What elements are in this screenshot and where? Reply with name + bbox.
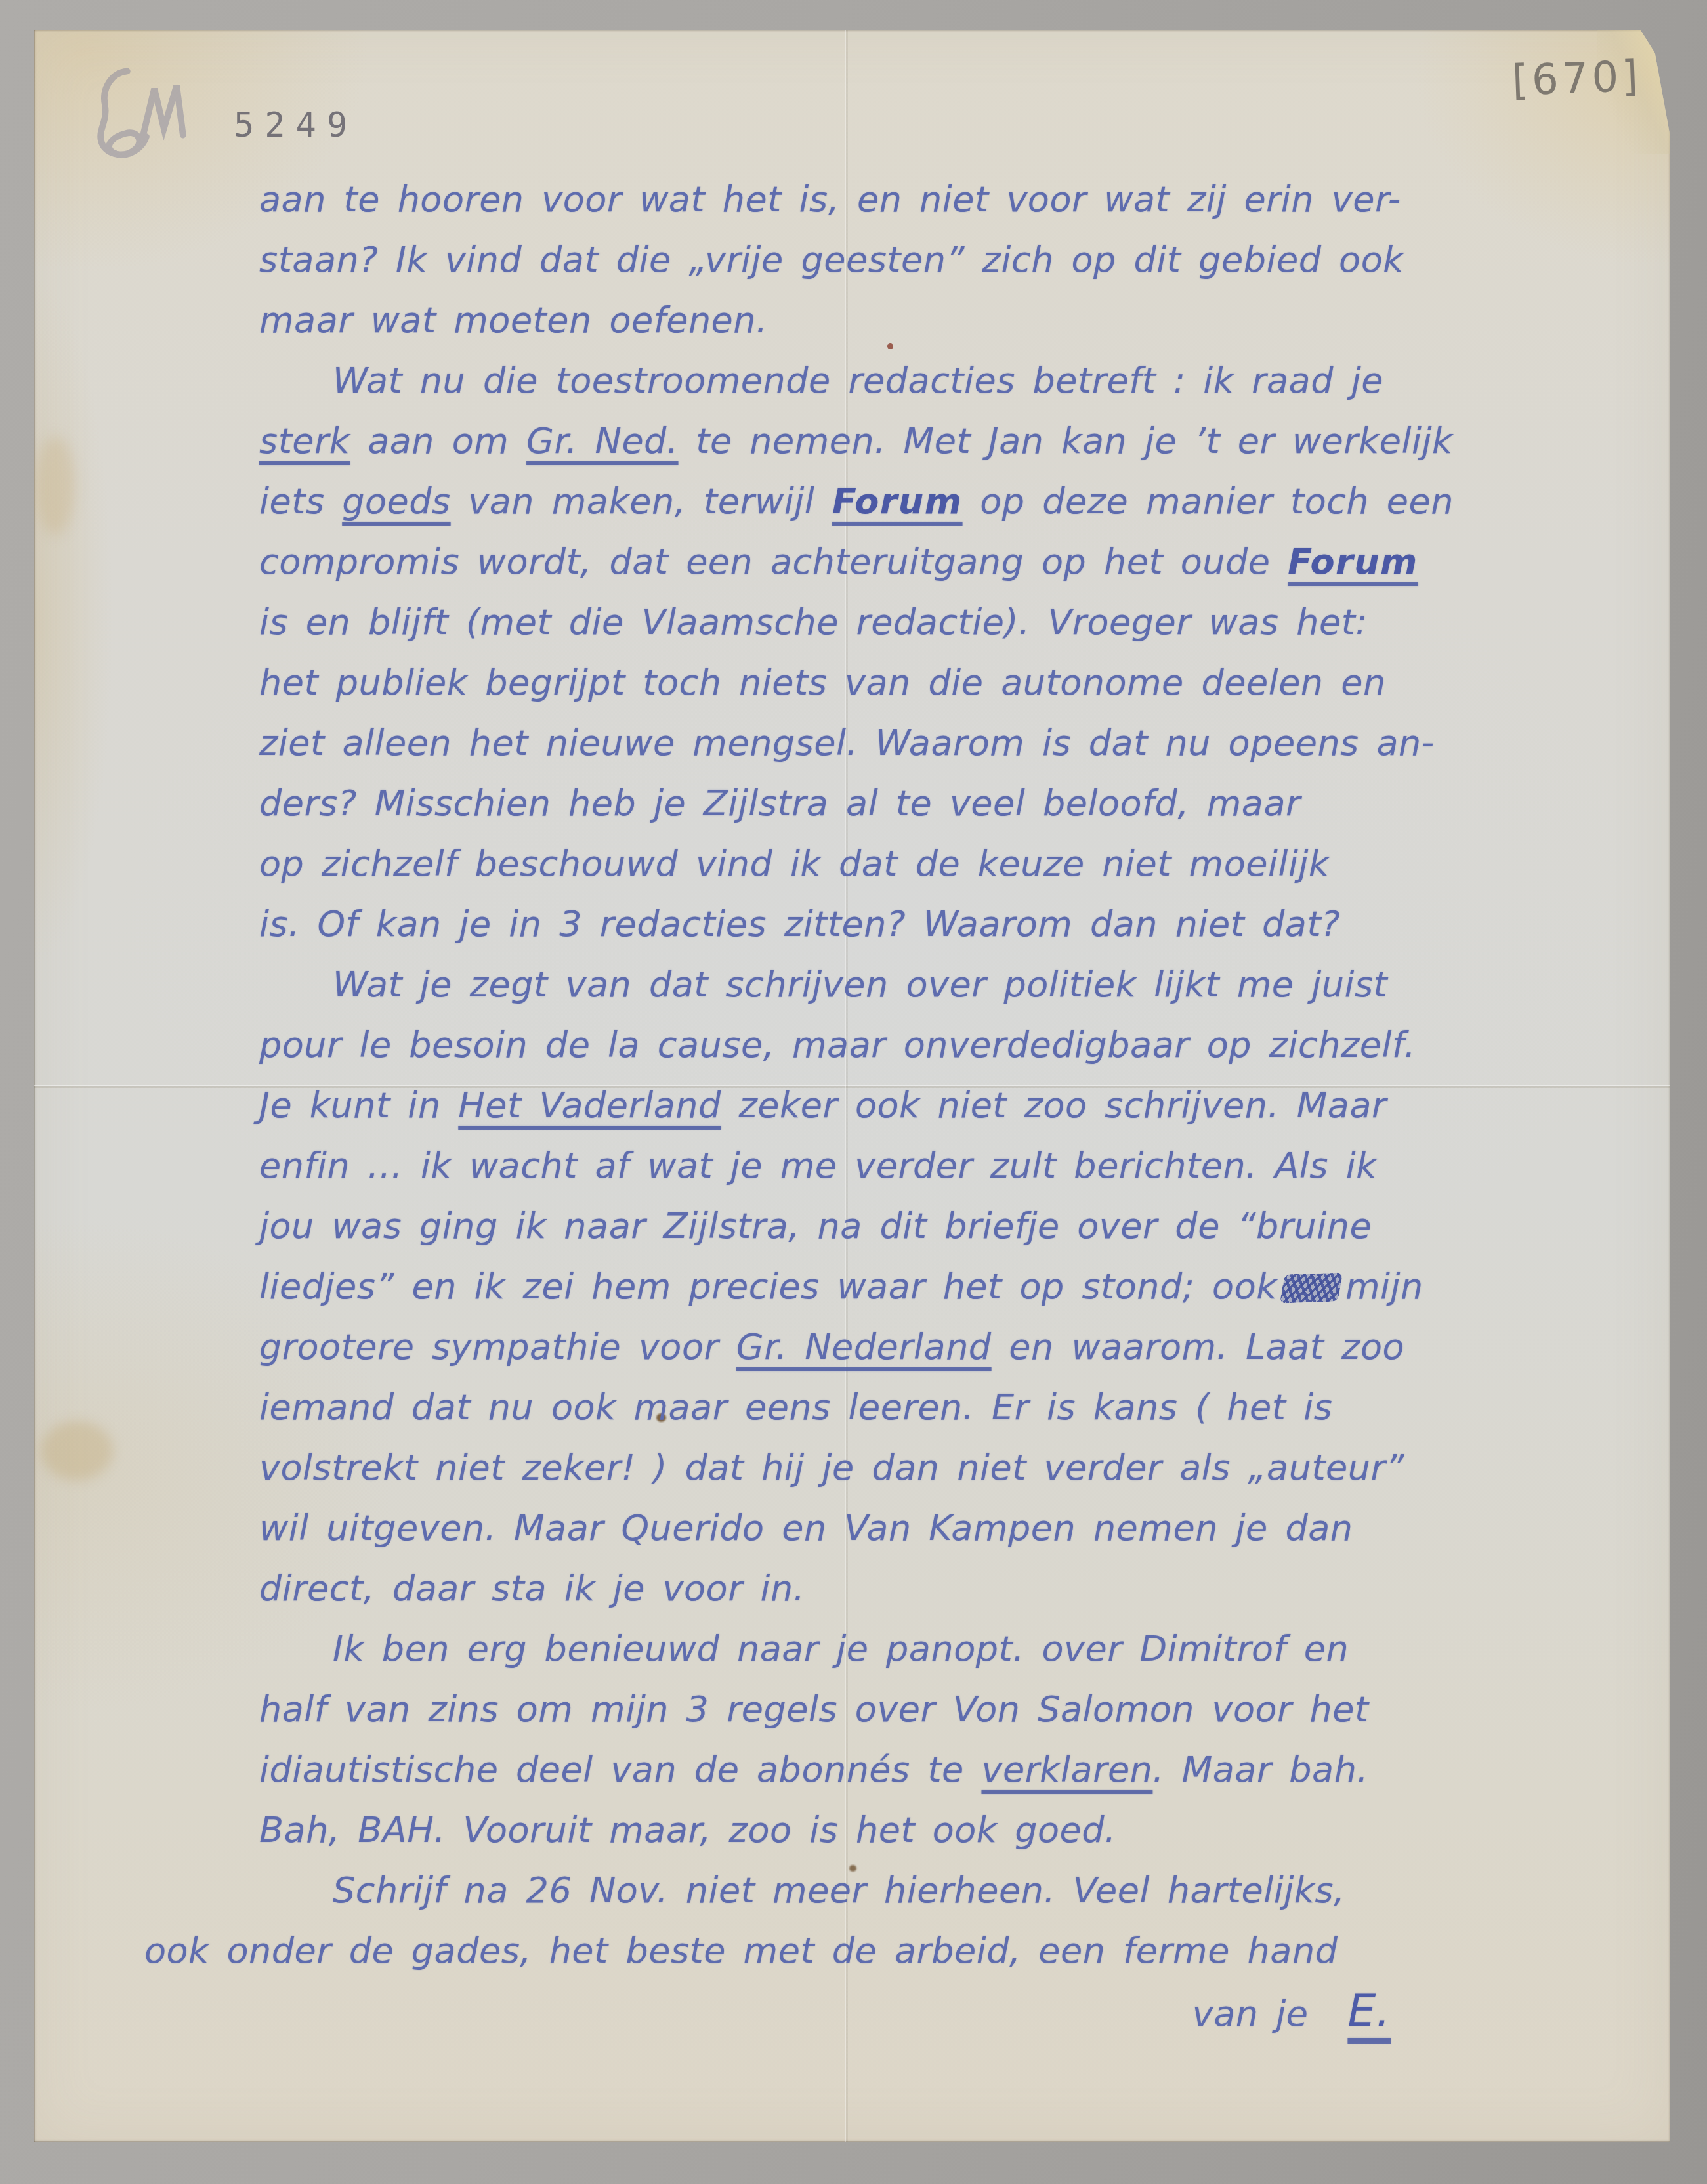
letter-line-segment: goeds <box>342 481 450 522</box>
letter-line-segment: Gr. Nederland <box>736 1326 992 1367</box>
letter-line-segment: iets <box>259 481 342 522</box>
letter-line-segment: Het Vaderland <box>458 1084 721 1126</box>
letter-line: grootere sympathie voor Gr. Nederland en… <box>259 1317 1618 1377</box>
letter-line: is en blijft (met die Vlaamsche redactie… <box>259 592 1618 653</box>
letter-line-segment: iemand dat nu ook maar eens leeren. Er i… <box>259 1386 1332 1428</box>
paper-stain <box>41 1421 113 1480</box>
letter-line-segment: volstrekt niet zeker! ) dat hij je dan n… <box>259 1447 1404 1488</box>
letter-line-segment: . Maar bah. <box>1152 1749 1368 1790</box>
letter-line-segment: Je kunt in <box>259 1084 458 1126</box>
letter-line-segment: Schrijf na 26 Nov. niet meer hierheen. V… <box>333 1870 1345 1911</box>
letter-line: het publiek begrijpt toch niets van die … <box>259 653 1618 713</box>
letter-line-segment: staan? Ik vind dat die „vrije geesten” z… <box>259 239 1404 280</box>
letter-line-segment: verklaren <box>981 1749 1152 1790</box>
letter-line-segment: Wat je zegt van dat schrijven over polit… <box>333 964 1387 1005</box>
letter-line: Je kunt in Het Vaderland zeker ook niet … <box>259 1075 1618 1136</box>
letter-line: jou was ging ik naar Zijlstra, na dit br… <box>259 1196 1618 1256</box>
letter-line-segment: aan om <box>350 420 527 461</box>
letter-line-segment: ders? Misschien heb je Zijlstra al te ve… <box>259 782 1301 824</box>
letter-line: ook onder de gades, het beste met de arb… <box>144 1921 1618 1981</box>
paper-stain <box>35 437 75 535</box>
letter-line: Wat je zegt van dat schrijven over polit… <box>259 954 1618 1015</box>
letter-line: is. Of kan je in 3 redacties zitten? Waa… <box>259 894 1618 954</box>
letter-line-segment: en waarom. Laat zoo <box>992 1326 1404 1367</box>
letter-line: sterk aan om Gr. Ned. te nemen. Met Jan … <box>259 411 1618 471</box>
letter-line-segment: half van zins om mijn 3 regels over Von … <box>259 1688 1369 1730</box>
letter-line-segment: compromis wordt, dat een achteruitgang o… <box>259 541 1288 582</box>
scan-backdrop: { "document_type": "handwritten letter (… <box>0 0 1707 2184</box>
letter-line-segment: ook onder de gades, het beste met de arb… <box>144 1930 1338 1971</box>
letter-line-segment: maar wat moeten oefenen. <box>259 299 768 341</box>
letter-line-segment: wil uitgeven. Maar Querido en Van Kampen… <box>259 1507 1353 1549</box>
letter-line: iets goeds van maken, terwijl Forum op d… <box>259 471 1618 532</box>
scribbled-out-word <box>1280 1272 1343 1303</box>
letter-line: Schrijf na 26 Nov. niet meer hierheen. V… <box>259 1860 1618 1921</box>
letter-line-segment: van maken, terwijl <box>451 481 832 522</box>
letter-line-segment: Forum <box>832 481 963 522</box>
letter-line: wil uitgeven. Maar Querido en Van Kampen… <box>259 1498 1618 1558</box>
letter-line-segment: te nemen. Met Jan kan je ’t er werkelijk <box>679 420 1453 461</box>
letter-line-segment: Forum <box>1288 541 1418 582</box>
letter-line: half van zins om mijn 3 regels over Von … <box>259 1679 1618 1740</box>
signature-initial: E. <box>1308 1985 1408 2037</box>
letter-line-segment: is en blijft (met die Vlaamsche redactie… <box>259 601 1368 643</box>
letter-line-segment: is. Of kan je in 3 redacties zitten? Waa… <box>259 903 1340 945</box>
letter-line-segment: ziet alleen het nieuwe mengsel. Waarom i… <box>259 722 1435 763</box>
letter-line-segment: pour le besoin de la cause, maar onverde… <box>259 1024 1416 1065</box>
letter-line: maar wat moeten oefenen. <box>259 290 1618 351</box>
letter-line-segment: jou was ging ik naar Zijlstra, na dit br… <box>259 1205 1372 1247</box>
letter-line-segment: het publiek begrijpt toch niets van die … <box>259 662 1386 703</box>
archive-stamp: 5249 <box>91 58 340 183</box>
letter-line-segment: van je <box>1192 1993 1309 2034</box>
letter-line-segment: Bah, BAH. Vooruit maar, zoo is het ook g… <box>259 1809 1116 1851</box>
archive-stamp-number: 5249 <box>234 106 358 145</box>
letter-line-segment: op zichzelf beschouwd vind ik dat de keu… <box>259 843 1330 884</box>
pencil-page-number: [670] <box>1511 53 1643 106</box>
letter-line: aan te hooren voor wat het is, en niet v… <box>259 169 1618 230</box>
letter-line-segment: sterk <box>259 420 350 461</box>
letter-line-segment: mijn <box>1345 1266 1423 1307</box>
letter-line: Ik ben erg benieuwd naar je panopt. over… <box>259 1619 1618 1679</box>
letter-line: staan? Ik vind dat die „vrije geesten” z… <box>259 230 1618 290</box>
letter-line: liedjes” en ik zei hem precies waar het … <box>259 1256 1618 1317</box>
letter-line-segment: aan te hooren voor wat het is, en niet v… <box>259 179 1401 220</box>
letter-line: van jeE. <box>259 1981 1618 2042</box>
letter-line: ders? Misschien heb je Zijlstra al te ve… <box>259 773 1618 834</box>
letter-line-segment: Wat nu die toestroomende redacties betre… <box>333 360 1383 401</box>
letter-line: iemand dat nu ook maar eens leeren. Er i… <box>259 1377 1618 1438</box>
letter-line: volstrekt niet zeker! ) dat hij je dan n… <box>259 1438 1618 1498</box>
letter-line-segment: direct, daar sta ik je voor in. <box>259 1568 805 1609</box>
letter-page: 5249 [670] aan te hooren voor wat het is… <box>34 30 1670 2142</box>
letter-line: Bah, BAH. Vooruit maar, zoo is het ook g… <box>259 1800 1618 1860</box>
letter-line: compromis wordt, dat een achteruitgang o… <box>259 532 1618 592</box>
letter-line-segment: Gr. Ned. <box>526 420 678 461</box>
letter-body: aan te hooren voor wat het is, en niet v… <box>259 169 1618 2042</box>
letter-line: direct, daar sta ik je voor in. <box>259 1558 1618 1619</box>
letter-line-segment: op deze manier toch een <box>963 481 1454 522</box>
letter-line: pour le besoin de la cause, maar onverde… <box>259 1015 1618 1075</box>
letter-line-segment: liedjes” en ik zei hem precies waar het … <box>259 1266 1277 1307</box>
letter-line: ziet alleen het nieuwe mengsel. Waarom i… <box>259 713 1618 773</box>
letter-line-segment: idiautistische deel van de abonnés te <box>259 1749 981 1790</box>
archive-stamp-monogram-icon <box>91 58 202 170</box>
letter-line-segment: grootere sympathie voor <box>259 1326 736 1367</box>
letter-line-segment: zeker ook niet zoo schrijven. Maar <box>721 1084 1387 1126</box>
letter-line-segment: enfin … ik wacht af wat je me verder zul… <box>259 1145 1377 1186</box>
letter-line: Wat nu die toestroomende redacties betre… <box>259 351 1618 411</box>
letter-line: enfin … ik wacht af wat je me verder zul… <box>259 1136 1618 1196</box>
letter-line-segment: Ik ben erg benieuwd naar je panopt. over… <box>333 1628 1349 1669</box>
letter-line: op zichzelf beschouwd vind ik dat de keu… <box>259 834 1618 894</box>
letter-line: idiautistische deel van de abonnés te ve… <box>259 1740 1618 1800</box>
